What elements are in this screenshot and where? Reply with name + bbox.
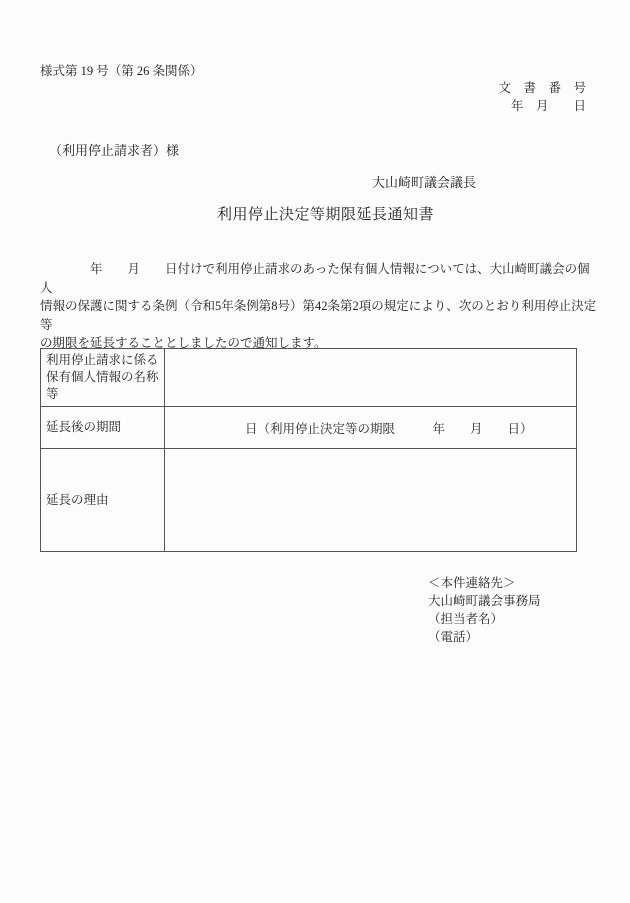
table-row-held-info-name: 利用停止請求に係る 保有個人情報の名称 等 [41, 349, 577, 407]
row-label-extended-period: 延長後の期間 [41, 407, 165, 449]
form-number: 様式第 19 号（第 26 条関係） [40, 61, 203, 79]
contact-block: ＜本件連絡先＞ 大山崎町議会事務局 （担当者名） （電話） [428, 574, 541, 646]
row-label-held-info-name: 利用停止請求に係る 保有個人情報の名称 等 [41, 349, 165, 407]
table-row-extension-reason: 延長の理由 [41, 449, 577, 552]
row-value-held-info-name [165, 349, 577, 407]
table-row-extended-period: 延長後の期間 日（利用停止決定等の期限 年 月 日） [41, 407, 577, 449]
document-title: 利用停止決定等期限延長通知書 [217, 203, 434, 224]
row-label-extension-reason: 延長の理由 [41, 449, 165, 552]
row-value-extension-reason [165, 449, 577, 552]
body-paragraph: 年 月 日付けで利用停止請求のあった保有個人情報については、大山崎町議会の個人 … [40, 260, 600, 353]
document-date-line: 年 月 日 [498, 97, 586, 115]
addressee: （利用停止請求者）様 [49, 140, 179, 159]
request-info-table: 利用停止請求に係る 保有個人情報の名称 等 延長後の期間 日（利用停止決定等の期… [40, 348, 577, 552]
sender-title: 大山崎町議会議長 [372, 172, 476, 191]
row-value-extended-period: 日（利用停止決定等の期限 年 月 日） [165, 407, 577, 449]
document-page: 様式第 19 号（第 26 条関係） 文 書 番 号 年 月 日 （利用停止請求… [0, 0, 630, 903]
document-number-block: 文 書 番 号 年 月 日 [498, 79, 586, 115]
document-number-line: 文 書 番 号 [498, 79, 586, 97]
